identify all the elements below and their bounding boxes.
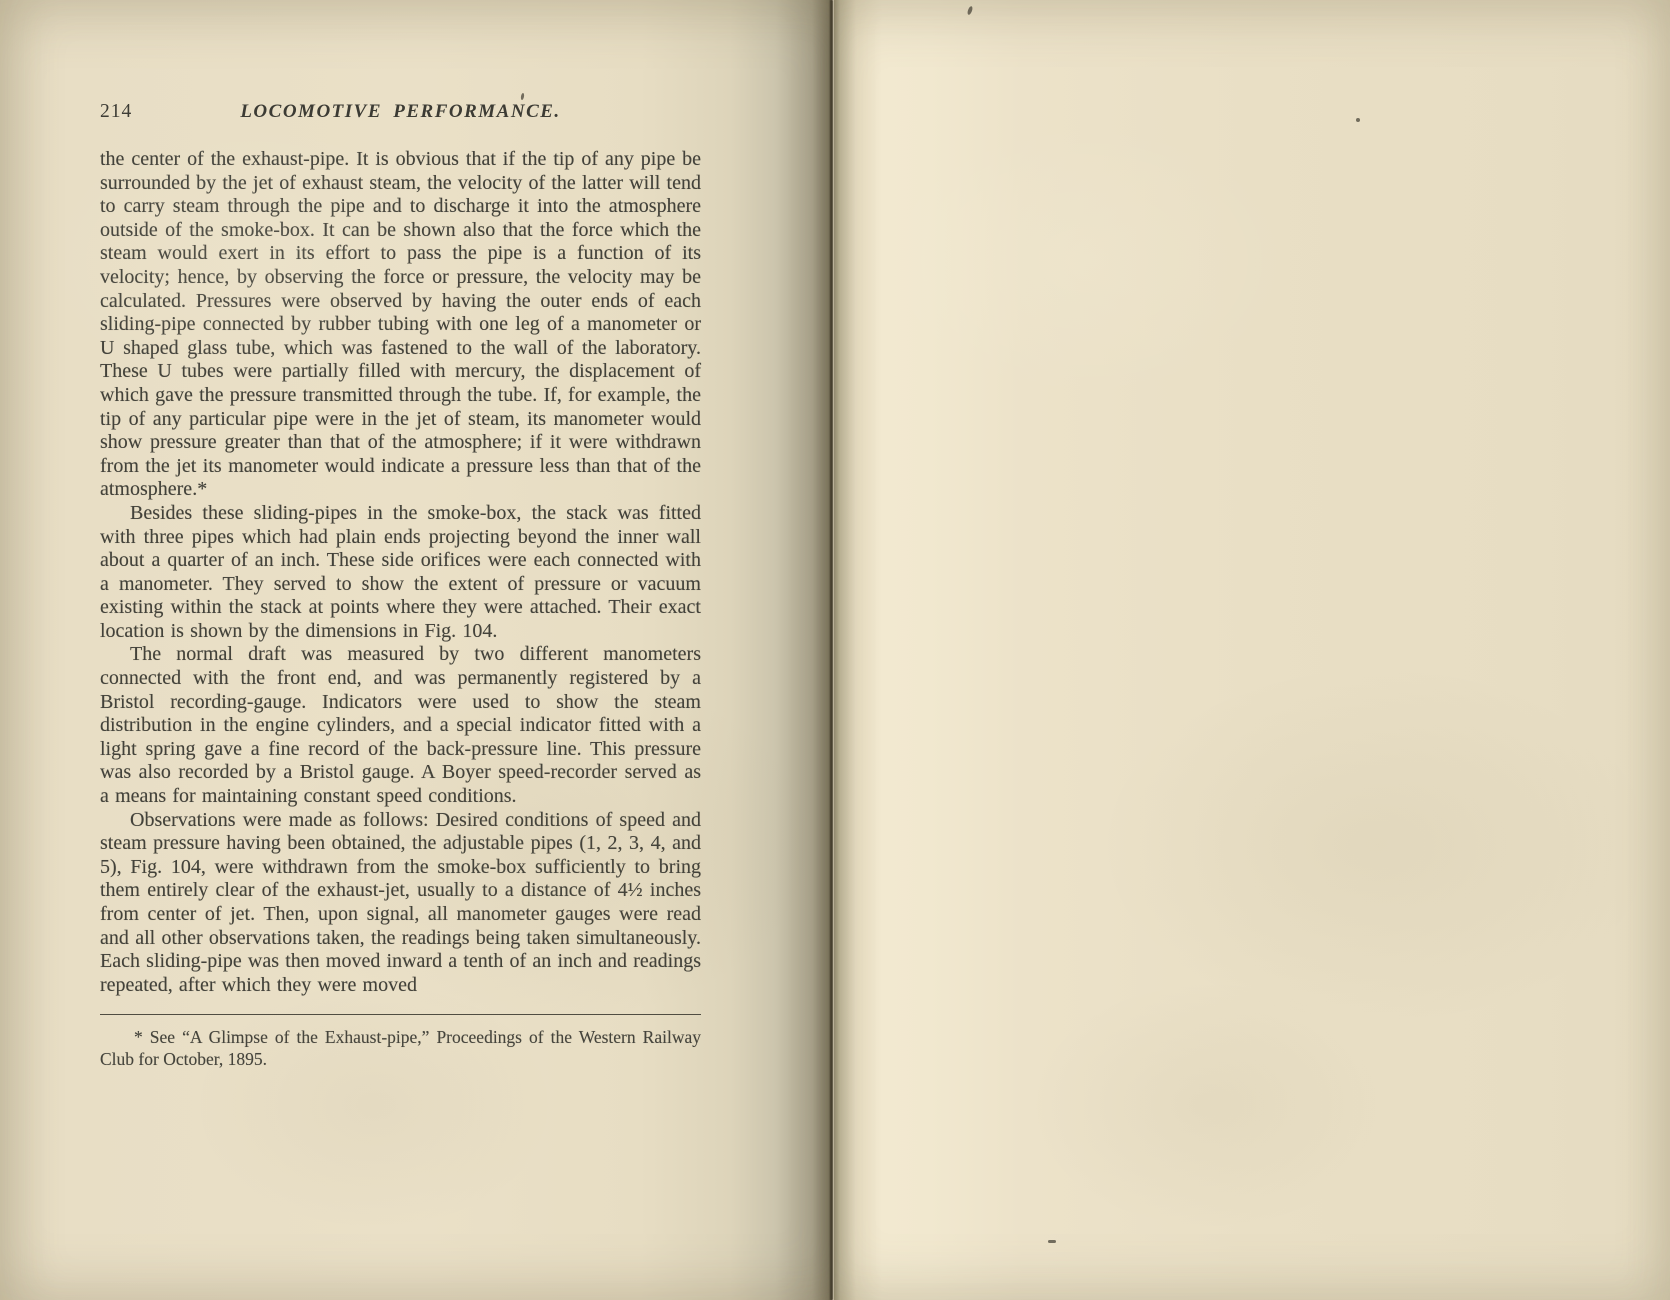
left-page-header: 214 LOCOMOTIVE PERFORMANCE. — [100, 101, 701, 127]
left-page-body: the center of the exhaust-pipe. It is ob… — [100, 148, 701, 997]
paragraph: The normal draft was measured by two dif… — [100, 643, 701, 808]
left-page-text-column: 214 LOCOMOTIVE PERFORMANCE. the center o… — [100, 101, 701, 1070]
paragraph: the center of the exhaust-pipe. It is ob… — [100, 148, 701, 502]
paragraph: Observations were made as follows: Desir… — [100, 809, 701, 998]
paragraph: Besides these sliding-pipes in the smoke… — [100, 502, 701, 644]
left-page: 214 LOCOMOTIVE PERFORMANCE. the center o… — [0, 0, 832, 1300]
footnote-block: * See “A Glimpse of the Exhaust-pipe,” P… — [100, 1014, 701, 1070]
right-page: THE FRONT END. 215 another tenth, and so… — [834, 0, 1670, 1300]
footnote: * See “A Glimpse of the Exhaust-pipe,” P… — [100, 1027, 701, 1070]
page-number-left: 214 — [100, 101, 170, 123]
running-head-left: LOCOMOTIVE PERFORMANCE. — [170, 101, 631, 123]
ink-speck — [1048, 1240, 1056, 1243]
book-spread: 214 LOCOMOTIVE PERFORMANCE. the center o… — [0, 0, 1670, 1300]
book-spine-shadow — [830, 0, 833, 1300]
ink-speck — [1356, 118, 1360, 122]
